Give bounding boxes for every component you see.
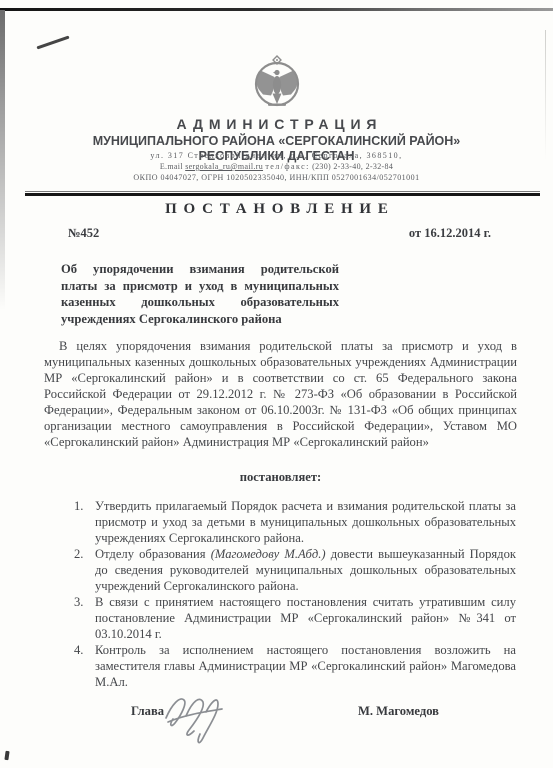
phone-numbers: (230) 2-33-40, 2-32-84 bbox=[312, 162, 393, 171]
resolution-item-1: 1. Утвердить прилагаемый Порядок расчета… bbox=[95, 498, 516, 546]
item-number: 1. bbox=[74, 498, 83, 514]
signature-name: М. Магомедов bbox=[358, 704, 439, 719]
resolution-items: 1. Утвердить прилагаемый Порядок расчета… bbox=[95, 498, 516, 690]
letterhead-contacts: ул. 317 Стрелковой дивизии, д.9, Сергока… bbox=[0, 151, 553, 183]
document-subject: Об упорядочении взимания родительской пл… bbox=[61, 261, 339, 327]
resolves-label: постановляет: bbox=[44, 470, 517, 485]
email-phone-line: E.mail sergokala_ru@mail.ru тел/факс: (2… bbox=[0, 162, 553, 172]
org-name-line2: МУНИЦИПАЛЬНОГО РАЙОНА «СЕРГОКАЛИНСКИЙ РА… bbox=[0, 134, 553, 148]
document-title: ПОСТАНОВЛЕНИЕ bbox=[0, 201, 553, 218]
header-divider-thick-line bbox=[25, 193, 540, 196]
email-address: sergokala_ru@mail.ru bbox=[185, 162, 263, 171]
item-text: Контроль за исполнением настоящего поста… bbox=[95, 643, 516, 689]
resolution-item-3: 3. В связи с принятием настоящего постан… bbox=[95, 594, 516, 642]
header-divider bbox=[25, 191, 540, 197]
item-number: 2. bbox=[74, 546, 83, 562]
item-number: 3. bbox=[74, 594, 83, 610]
header-divider-thin-line bbox=[25, 191, 540, 192]
phone-label: тел/факс: bbox=[265, 162, 309, 171]
item-number: 4. bbox=[74, 642, 83, 658]
pen-checkmark-icon bbox=[36, 36, 69, 50]
handwritten-signature-icon bbox=[160, 688, 270, 757]
item-text-italic: (Магомедову М.Абд.) bbox=[211, 547, 326, 561]
scan-top-edge bbox=[0, 8, 553, 11]
scanned-document-page: АДМИНИСТРАЦИЯ МУНИЦИПАЛЬНОГО РАЙОНА «СЕР… bbox=[0, 0, 553, 768]
document-date: от 16.12.2014 г. bbox=[409, 226, 491, 241]
postal-address: ул. 317 Стрелковой дивизии, д.9, Сергока… bbox=[0, 151, 553, 161]
document-number: №452 bbox=[68, 226, 99, 241]
number-date-row: №452 от 16.12.2014 г. bbox=[68, 226, 491, 241]
preamble-paragraph: В целях упорядочения взимания родительск… bbox=[44, 338, 517, 450]
item-text-pre: Отделу образования bbox=[95, 547, 211, 561]
org-name-line1: АДМИНИСТРАЦИЯ bbox=[0, 116, 553, 132]
email-label: E.mail bbox=[160, 162, 183, 171]
registration-codes: ОКПО 04047027, ОГРН 1020502335040, ИНН/К… bbox=[0, 173, 553, 183]
scan-bottom-mark bbox=[4, 751, 9, 760]
coat-of-arms-icon bbox=[246, 55, 308, 118]
item-text: Утвердить прилагаемый Порядок расчета и … bbox=[95, 499, 516, 545]
resolution-item-2: 2. Отделу образования (Магомедову М.Абд.… bbox=[95, 546, 516, 594]
item-text: В связи с принятием настоящего постановл… bbox=[95, 595, 516, 641]
resolution-item-4: 4. Контроль за исполнением настоящего по… bbox=[95, 642, 516, 690]
